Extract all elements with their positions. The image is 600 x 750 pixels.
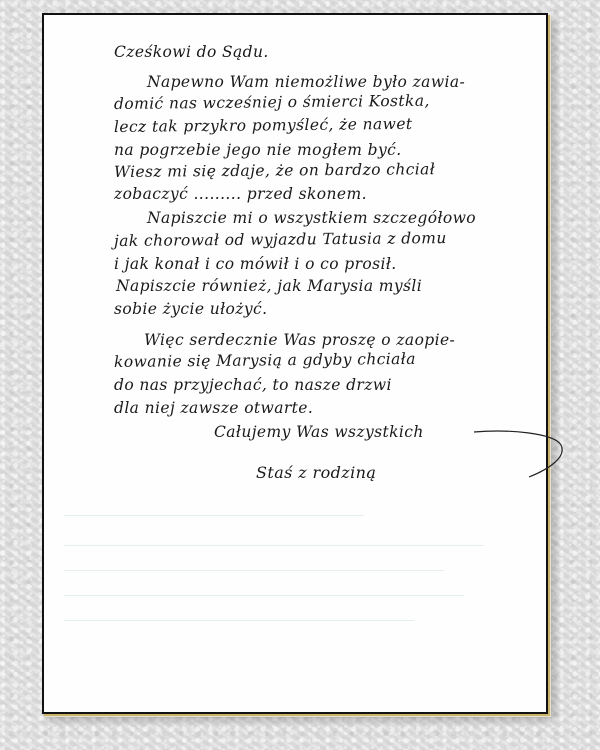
letter-line-6: zobaczyć ......... przed skonem.: [114, 185, 367, 203]
signature-flourish-icon: [469, 427, 569, 487]
letter-line-11: sobie życie ułożyć.: [114, 300, 267, 318]
letter-page: Cześkowi do Sądu. Napewno Wam niemożliwe…: [42, 13, 548, 714]
bleed-through-mark: [64, 595, 464, 596]
bleed-through-mark: [64, 545, 484, 546]
letter-line-4: na pogrzebie jego nie mogłem być.: [114, 141, 402, 159]
letter-line-9: i jak konał i co mówił i o co prosił.: [114, 255, 397, 273]
closing-line: Całujemy Was wszystkich: [214, 423, 424, 441]
letter-line-12: Więc serdecznie Was proszę o zaopie-: [144, 331, 455, 349]
letter-line-1: Napewno Wam niemożliwe było zawia-: [147, 73, 465, 91]
letter-line-13: kowanie się Marysią a gdyby chciała: [114, 350, 416, 371]
signature: Staś z rodziną: [256, 463, 376, 482]
bleed-through-mark: [64, 515, 364, 516]
salutation: Cześkowi do Sądu.: [114, 43, 269, 61]
bleed-through-mark: [64, 620, 414, 621]
bleed-through-mark: [64, 570, 444, 571]
letter-line-3: lecz tak przykro pomyśleć, że nawet: [114, 115, 413, 136]
letter-line-7: Napiszcie mi o wszystkiem szczegółowo: [147, 209, 476, 227]
letter-line-10: Napiszcie również, jak Marysia myśli: [116, 277, 422, 295]
letter-line-2: domić nas wcześniej o śmierci Kostka,: [114, 92, 430, 113]
letter-line-8: jak chorował od wyjazdu Tatusia z domu: [114, 229, 447, 250]
letter-line-5: Wiesz mi się zdaje, że on bardzo chciał: [114, 160, 435, 181]
letter-line-14: do nas przyjechać, to nasze drzwi: [114, 376, 392, 394]
letter-line-15: dla niej zawsze otwarte.: [114, 399, 313, 417]
